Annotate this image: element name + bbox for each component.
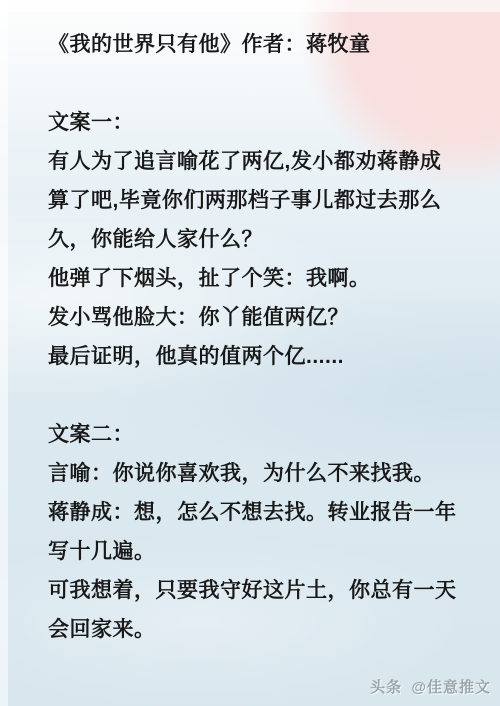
synopsis-line: 可我想着，只要我守好这片土，你总有一天 [48, 571, 478, 610]
synopsis-line: 久，你能给人家什么？ [48, 220, 478, 259]
text-content: 《我的世界只有他》作者：蒋牧童 文案一： 有人为了追言喻花了两亿,发小都劝蒋静成… [48, 25, 478, 649]
synopsis-line: 他弹了下烟头，扯了个笑：我啊。 [48, 259, 478, 298]
book-title: 《我的世界只有他》作者：蒋牧童 [48, 25, 478, 64]
section-heading: 文案一： [48, 103, 478, 142]
synopsis-line: 蒋静成：想，怎么不想去找。转业报告一年 [48, 493, 478, 532]
synopsis-line: 有人为了追言喻花了两亿,发小都劝蒋静成 [48, 142, 478, 181]
synopsis-line: 发小骂他脸大：你丫能值两亿？ [48, 298, 478, 337]
synopsis-section-1: 文案一： 有人为了追言喻花了两亿,发小都劝蒋静成 算了吧,毕竟你们两那档子事儿都… [48, 103, 478, 376]
synopsis-line: 算了吧,毕竟你们两那档子事儿都过去那么 [48, 181, 478, 220]
synopsis-section-2: 文案二： 言喻：你说你喜欢我，为什么不来找我。 蒋静成：想，怎么不想去找。转业报… [48, 415, 478, 649]
watermark-platform-label: 头条 [370, 679, 402, 696]
synopsis-line: 会回家来。 [48, 610, 478, 649]
novel-promo-card: 《我的世界只有他》作者：蒋牧童 文案一： 有人为了追言喻花了两亿,发小都劝蒋静成… [0, 0, 500, 706]
section-heading: 文案二： [48, 415, 478, 454]
synopsis-line: 言喻：你说你喜欢我，为什么不来找我。 [48, 454, 478, 493]
synopsis-line: 最后证明，他真的值两个亿...... [48, 337, 478, 376]
synopsis-line: 写十几遍。 [48, 532, 478, 571]
toutiao-watermark: 头条 @佳意推文 [366, 676, 491, 697]
watermark-handle: @佳意推文 [411, 679, 491, 696]
